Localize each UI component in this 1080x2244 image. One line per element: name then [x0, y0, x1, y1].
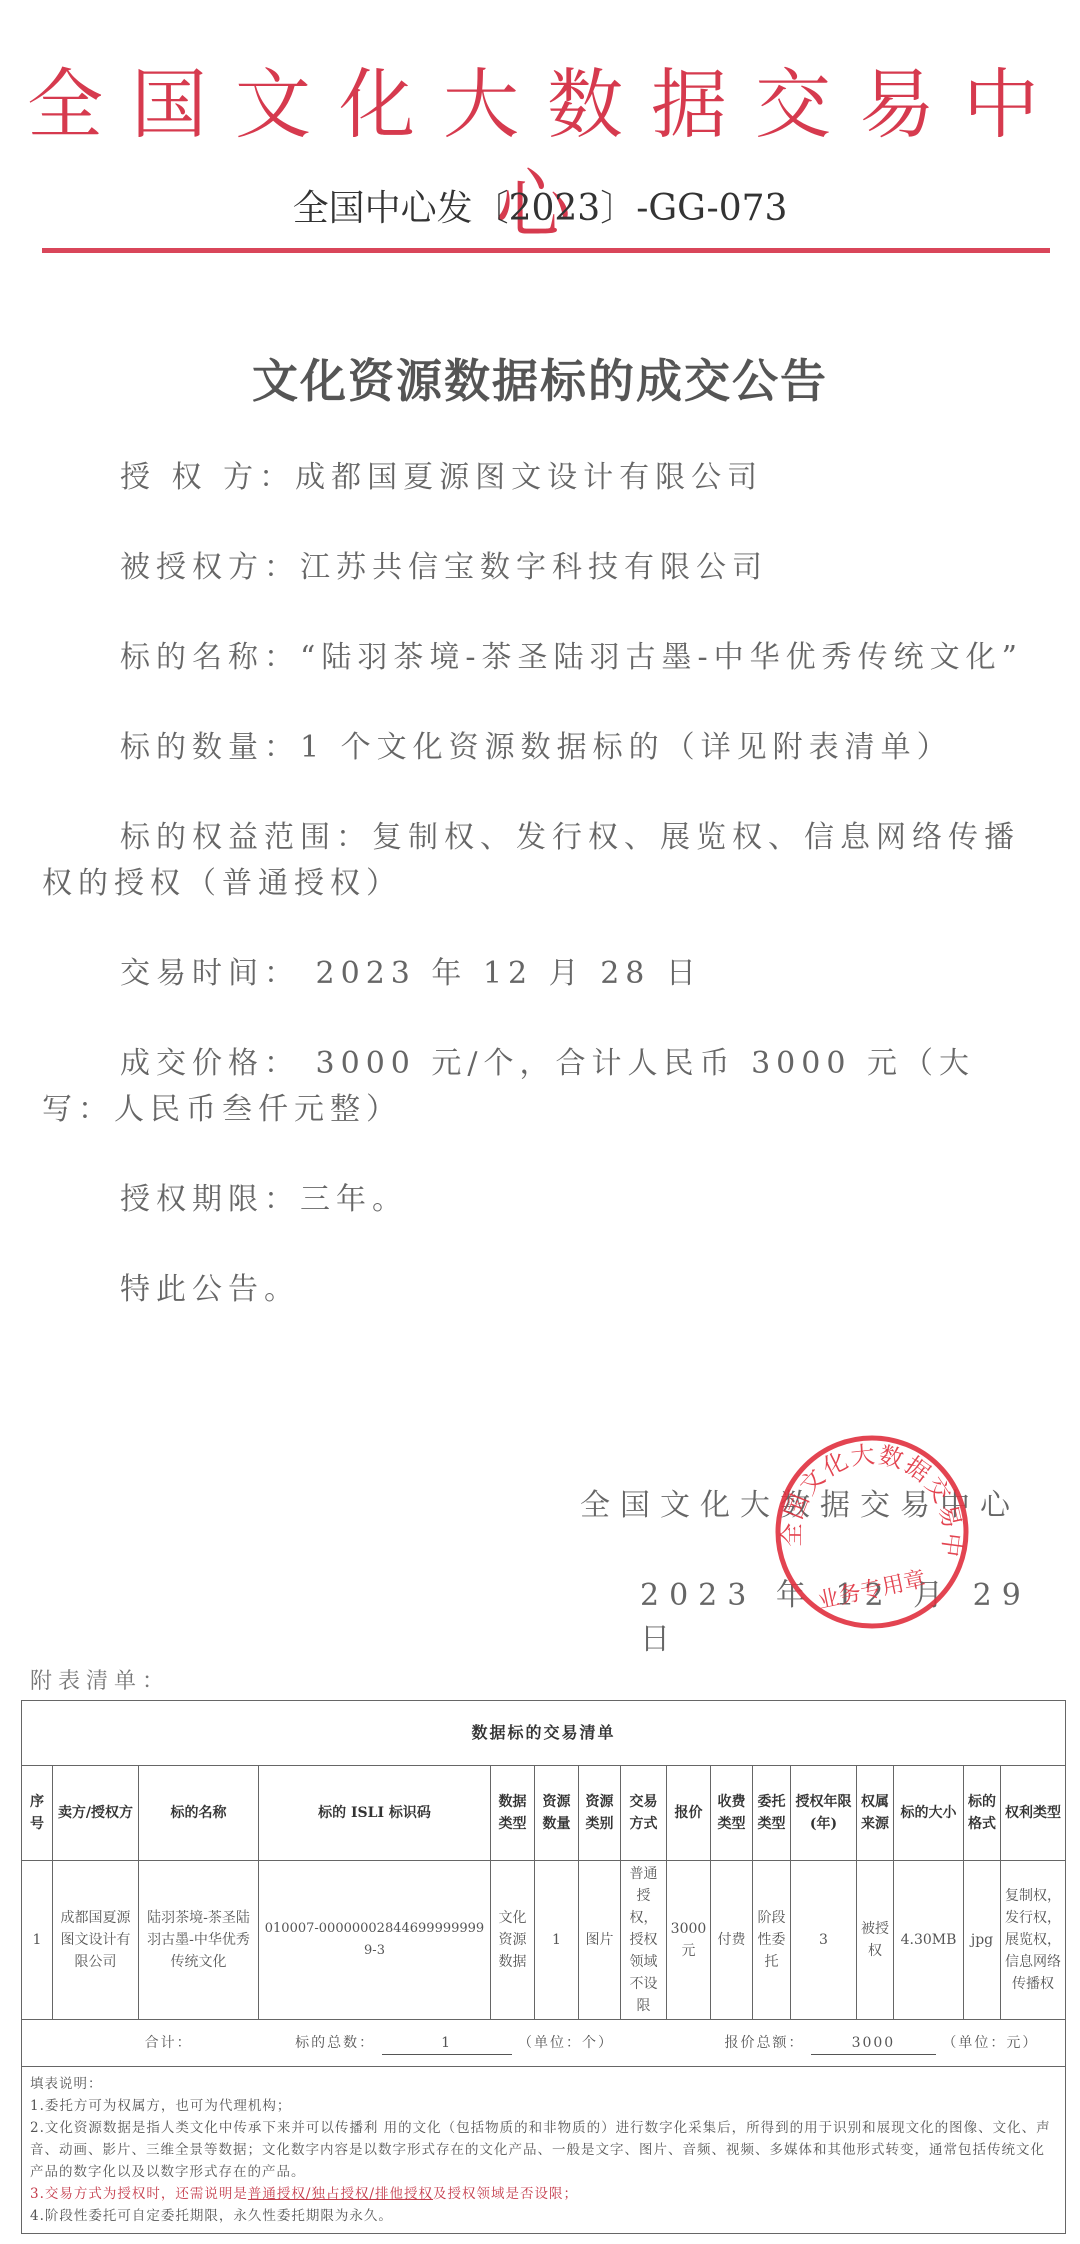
stamp-bottom-text: 业务专用章 [815, 1567, 928, 1614]
note-item: 4.阶段性委托可自定委托期限，永久性委托期限为永久。 [30, 2205, 1057, 2227]
appendix-label: 附表清单： [30, 1664, 170, 1695]
col-fee-type: 收费类型 [711, 1766, 753, 1861]
document-number: 全国中心发〔2023〕-GG-073 [0, 186, 1080, 232]
col-data-type: 数据类型 [491, 1766, 535, 1861]
announcement-body: 授 权 方：成都国夏源图文设计有限公司 被授权方：江苏共信宝数字科技有限公司 标… [42, 455, 1042, 1313]
field-subject-name: 标的名称：“陆羽茶境-茶圣陆羽古墨-中华优秀传统文化” [42, 635, 1042, 681]
field-license-term: 授权期限：三年。 [42, 1177, 1042, 1223]
svg-text:全国文化大数据交易中心: 全国文化大数据交易中心 [772, 1432, 967, 1561]
col-quantity: 资源数量 [535, 1766, 579, 1861]
total-amount: 3000 [811, 2032, 936, 2055]
col-index: 序号 [22, 1766, 53, 1861]
col-size: 标的大小 [894, 1766, 964, 1861]
col-name: 标的名称 [139, 1766, 259, 1861]
table-row: 1 成都国夏源图文设计有限公司 陆羽茶境-茶圣陆羽古墨-中华优秀传统文化 010… [22, 1861, 1066, 2020]
note-item: 1.委托方可为权属方，也可为代理机构； [30, 2095, 1057, 2117]
note-item-highlighted: 3.交易方式为授权时，还需说明是普通授权/独占授权/排他授权及授权领域是否设限； [30, 2183, 1057, 2205]
col-price: 报价 [667, 1766, 711, 1861]
field-trade-time: 交易时间： 2023 年 12 月 28 日 [42, 951, 1042, 997]
table-title: 数据标的交易清单 [22, 1701, 1066, 1766]
col-ownership: 权属来源 [857, 1766, 894, 1861]
total-amount-label: 报价总额： [724, 2035, 804, 2051]
notes-heading: 填表说明： [30, 2073, 1057, 2095]
field-licensor: 授 权 方：成都国夏源图文设计有限公司 [42, 455, 1042, 501]
col-isli: 标的 ISLI 标识码 [259, 1766, 491, 1861]
totals-label: 合计： [49, 2032, 289, 2054]
page-title: 文化资源数据标的成交公告 [0, 345, 1080, 411]
field-price: 成交价格： 3000 元/个，合计人民币 3000 元（大写：人民币叁仟元整） [42, 1041, 1042, 1133]
col-seller: 卖方/授权方 [53, 1766, 139, 1861]
note-item: 2.文化资源数据是指人类文化中传承下来并可以传播利 用的文化（包括物质的和非物质… [30, 2117, 1057, 2183]
totals-row: 合计： 标的总数： 1 （单位：个） 报价总额： 3000 （单位：元） [22, 2020, 1066, 2067]
col-format: 标的格式 [964, 1766, 1001, 1861]
total-amount-unit: （单位：元） [942, 2035, 1038, 2051]
total-count-label: 标的总数： [295, 2035, 375, 2051]
trade-list-table: 数据标的交易清单 序号 卖方/授权方 标的名称 标的 ISLI 标识码 数据类型… [21, 1700, 1066, 2234]
col-trade-mode: 交易方式 [621, 1766, 667, 1861]
stamp-ring-text: 全国文化大数据交易中心 [772, 1432, 967, 1561]
col-entrust-type: 委托类型 [753, 1766, 791, 1861]
field-licensee: 被授权方：江苏共信宝数字科技有限公司 [42, 545, 1042, 591]
closing-statement: 特此公告。 [42, 1267, 1042, 1313]
col-rights: 权利类型 [1001, 1766, 1066, 1861]
col-category: 资源类别 [579, 1766, 621, 1861]
field-subject-quantity: 标的数量：1 个文化资源数据标的（详见附表清单） [42, 725, 1042, 771]
header-divider [42, 248, 1050, 253]
total-count: 1 [382, 2032, 512, 2055]
notes-row: 填表说明： 1.委托方可为权属方，也可为代理机构； 2.文化资源数据是指人类文化… [22, 2067, 1066, 2234]
field-rights-scope: 标的权益范围：复制权、发行权、展览权、信息网络传播权的授权（普通授权） [42, 815, 1042, 907]
col-license-years: 授权年限(年) [791, 1766, 857, 1861]
total-count-unit: （单位：个） [518, 2032, 718, 2054]
official-seal-icon: 全国文化大数据交易中心 业务专用章 [772, 1432, 972, 1632]
table-header-row: 序号 卖方/授权方 标的名称 标的 ISLI 标识码 数据类型 资源数量 资源类… [22, 1766, 1066, 1861]
